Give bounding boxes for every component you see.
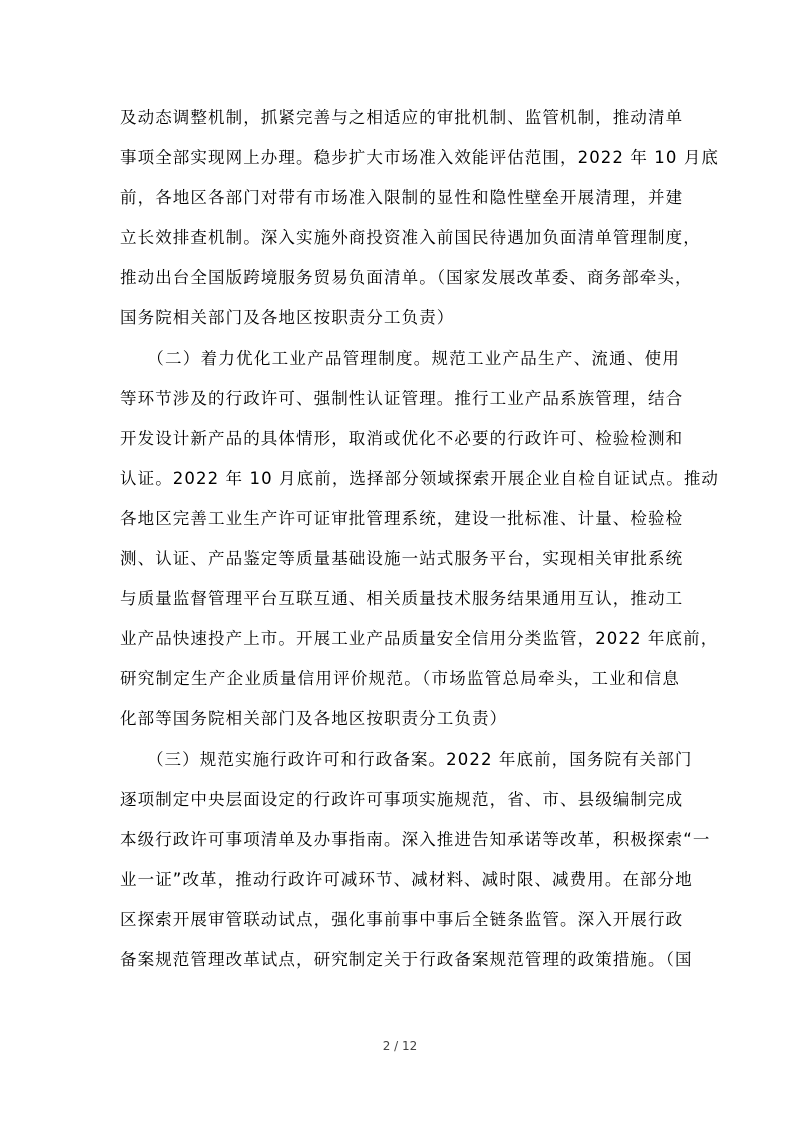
- text-line: 等环节涉及的行政许可、强制性认证管理。推行工业产品系族管理，结合: [120, 379, 680, 419]
- text-line: 前，各地区各部门对带有市场准入限制的显性和隐性壁垒开展清理，并建: [120, 178, 680, 218]
- text-line: （二）着力优化工业产品管理制度。规范工业产品生产、流通、使用: [120, 339, 680, 379]
- text-line: 与质量监督管理平台互联互通、相关质量技术服务结果通用互认，推动工: [120, 579, 680, 619]
- text-line: 各地区完善工业生产许可证审批管理系统，建设一批标准、计量、检验检: [120, 499, 680, 539]
- text-line: （三）规范实施行政许可和行政备案。2022 年底前，国务院有关部门: [120, 740, 680, 780]
- text-line: 化部等国务院相关部门及各地区按职责分工负责）: [120, 699, 680, 739]
- text-line: 逐项制定中央层面设定的行政许可事项实施规范，省、市、县级编制完成: [120, 780, 680, 820]
- page-number: 2 / 12: [0, 1039, 800, 1053]
- text-line: 测、认证、产品鉴定等质量基础设施一站式服务平台，实现相关审批系统: [120, 539, 680, 579]
- text-line: 开发设计新产品的具体情形，取消或优化不必要的行政许可、检验检测和: [120, 419, 680, 459]
- text-line: 认证。2022 年 10 月底前，选择部分领域探索开展企业自检自证试点。推动: [120, 459, 680, 499]
- text-line: 备案规范管理改革试点，研究制定关于行政备案规范管理的政策措施。（国: [120, 940, 680, 980]
- paragraph-continuation: 及动态调整机制，抓紧完善与之相适应的审批机制、监管机制，推动清单 事项全部实现网…: [120, 98, 680, 339]
- text-line: 区探索开展审管联动试点，强化事前事中事后全链条监管。深入开展行政: [120, 900, 680, 940]
- text-line: 及动态调整机制，抓紧完善与之相适应的审批机制、监管机制，推动清单: [120, 98, 680, 138]
- paragraph-section-2: （二）着力优化工业产品管理制度。规范工业产品生产、流通、使用 等环节涉及的行政许…: [120, 339, 680, 740]
- document-body: 及动态调整机制，抓紧完善与之相适应的审批机制、监管机制，推动清单 事项全部实现网…: [120, 98, 680, 980]
- text-line: 业产品快速投产上市。开展工业产品质量安全信用分类监管，2022 年底前，: [120, 619, 680, 659]
- text-line: 本级行政许可事项清单及办事指南。深入推进告知承诺等改革，积极探索“一: [120, 820, 680, 860]
- text-line: 业一证”改革，推动行政许可减环节、减材料、减时限、减费用。在部分地: [120, 860, 680, 900]
- text-line: 事项全部实现网上办理。稳步扩大市场准入效能评估范围，2022 年 10 月底: [120, 138, 680, 178]
- text-line: 推动出台全国版跨境服务贸易负面清单。（国家发展改革委、商务部牵头，: [120, 258, 680, 298]
- text-line: 研究制定生产企业质量信用评价规范。（市场监管总局牵头，工业和信息: [120, 659, 680, 699]
- paragraph-section-3: （三）规范实施行政许可和行政备案。2022 年底前，国务院有关部门 逐项制定中央…: [120, 740, 680, 981]
- text-line: 国务院相关部门及各地区按职责分工负责）: [120, 298, 680, 338]
- document-page: 及动态调整机制，抓紧完善与之相适应的审批机制、监管机制，推动清单 事项全部实现网…: [0, 0, 800, 1132]
- text-line: 立长效排查机制。深入实施外商投资准入前国民待遇加负面清单管理制度，: [120, 218, 680, 258]
